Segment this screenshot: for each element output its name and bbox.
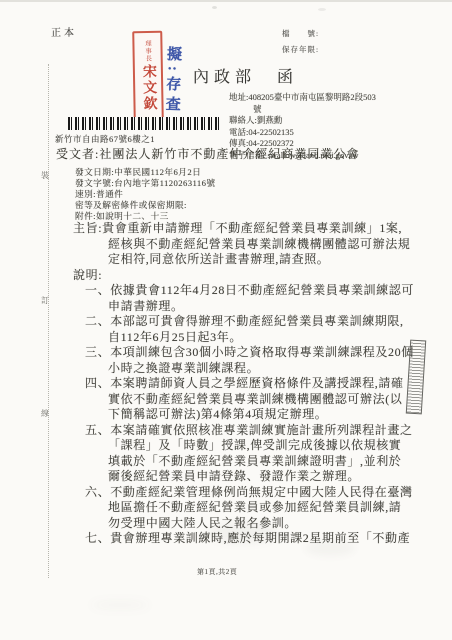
retention-period-label: 保存年限: bbox=[282, 42, 319, 58]
file-number-label: 檔 號: bbox=[282, 26, 319, 42]
dispatch-meta-block: 發文日期:中華民國112年6月2日發文字號:台內地字第1120263116號速別… bbox=[75, 167, 215, 222]
binding-dotted-line bbox=[48, 64, 49, 578]
recipient-address: 新竹市自由路67號6樓之1 bbox=[55, 133, 155, 145]
file-number-block: 檔 號: 保存年限: bbox=[282, 26, 319, 58]
body-line: 七、貴會辦理專業訓練時,應於每期開課2星期前至「不動產 bbox=[85, 531, 429, 547]
body-line: 勿受理中國大陸人民之報名參訓。 bbox=[108, 516, 429, 532]
body-line: 定相符,同意依所送計畫書辦理,請查照。 bbox=[108, 252, 429, 268]
binding-mark-ding: 訂 bbox=[41, 295, 49, 306]
body-line: 六、不動產經紀業管理條例尚無規定中國大陸人民得在臺灣 bbox=[85, 485, 429, 501]
stamp-role-text: 理事長 bbox=[143, 40, 152, 63]
scan-edge bbox=[0, 0, 452, 2]
binding-mark-xian: 線 bbox=[41, 408, 49, 419]
scanned-official-letter: 正本 理事長 宋文欽 擬:存查 內政部 函 檔 號: 保存年限: 地址:4082… bbox=[0, 0, 452, 640]
body-line: 小時之換證專業訓練課程。 bbox=[108, 361, 429, 377]
sender-contact-line: 號 bbox=[253, 104, 376, 116]
scan-artifact bbox=[90, 600, 150, 610]
body-line: 爾後經紀營業員申請登錄、發證作業之辦理。 bbox=[108, 469, 429, 485]
body-line: 自112年6月25日起3年。 bbox=[108, 330, 429, 346]
body-line: 地區擔任不動產經紀營業員或參加經紀營業員訓練,請 bbox=[108, 500, 429, 516]
dispatch-meta-line: 發文字號:台內地字第1120263116號 bbox=[75, 178, 215, 189]
body-line: 主旨:貴會重新申請辦理「不動產經紀營業員專業訓練」1案, bbox=[73, 221, 429, 237]
sender-contact-line: 地址:408205臺中市南屯區黎明路2段503 bbox=[229, 92, 376, 104]
body-line: 說明: bbox=[73, 268, 429, 284]
body-line: 四、本案聘請師資人員之學經歷資格條件及講授課程,請確 bbox=[85, 376, 429, 392]
sender-contact-line: 電話:04-22502135 bbox=[229, 127, 376, 139]
body-line: 填載於「不動產經紀營業員專業訓練證明書」,並利於 bbox=[108, 454, 429, 470]
letter-body: 主旨:貴會重新申請辦理「不動產經紀營業員專業訓練」1案,經核與不動產經紀營業員專… bbox=[73, 221, 429, 547]
scan-artifact bbox=[318, 8, 326, 11]
body-line: 三、本項訓練包含30個小時之資格取得專業訓練課程及20個 bbox=[85, 345, 429, 361]
barcode bbox=[68, 117, 221, 130]
body-line: 實依不動產經紀營業員專業訓練機構團體認可辦法(以 bbox=[108, 392, 429, 408]
body-line: 經核與不動產經紀營業員專業訓練機構團體認可辦法規 bbox=[108, 237, 429, 253]
body-line: 申請書辦理。 bbox=[108, 299, 429, 315]
dispatch-meta-line: 速別:普通件 bbox=[75, 189, 215, 200]
body-line: 五、本案請確實依照核准專業訓練實施計畫所列課程計畫之 bbox=[85, 423, 429, 439]
recipient-line: 受文者:社團法人新竹市不動產仲介經紀商業同業公會 bbox=[56, 145, 359, 162]
body-line: 一、依據貴會112年4月28日不動產經紀營業員專業訓練認可 bbox=[85, 283, 429, 299]
scan-artifact bbox=[212, 6, 217, 9]
dispatch-meta-line: 密等及解密條件或保密期限: bbox=[75, 200, 215, 211]
dispatch-meta-line: 發文日期:中華民國112年6月2日 bbox=[75, 167, 215, 178]
copy-type-label: 正本 bbox=[51, 24, 77, 39]
document-title: 內政部 函 bbox=[193, 64, 298, 87]
body-line: 「課程」及「時數」授課,俾受訓完成後據以依規核實 bbox=[108, 438, 429, 454]
chairman-approval-stamp: 理事長 宋文欽 bbox=[132, 31, 164, 122]
stamp-name-text: 宋文欽 bbox=[138, 64, 159, 112]
body-line: 二、本部認可貴會得辦理不動產經紀營業員專業訓練期限, bbox=[85, 314, 429, 330]
binding-mark-zhuang: 裝 bbox=[41, 170, 49, 181]
page-number-footer: 第1頁,共2頁 bbox=[197, 567, 237, 577]
sender-contact-line: 聯絡人:劉燕勳 bbox=[229, 115, 376, 127]
body-line: 下簡稱認可辦法)第4條第4項規定辦理。 bbox=[108, 407, 429, 423]
